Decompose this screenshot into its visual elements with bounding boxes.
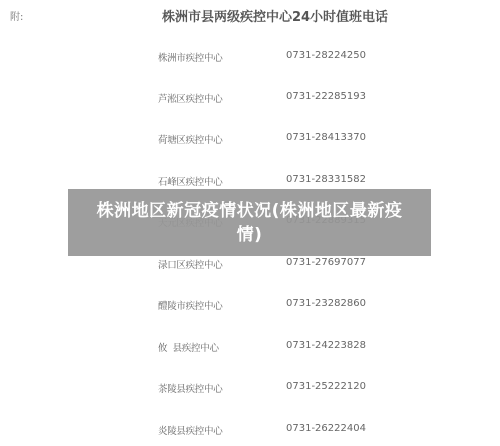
caption-text: 株洲地区新冠疫情状况(株洲地区最新疫情) — [85, 199, 415, 247]
center-phone: 0731-26222404 — [286, 423, 366, 434]
center-name: 荷塘区疾控中心 — [158, 132, 222, 146]
table-row: 芦淞区疾控中心 0731-22285193 — [0, 91, 500, 107]
caption-overlay: 株洲地区新冠疫情状况(株洲地区最新疫情) — [68, 189, 431, 256]
table-row: 攸 县疾控中心 0731-24223828 — [0, 340, 500, 356]
table-row: 炎陵县疾控中心 0731-26222404 — [0, 423, 500, 439]
table-row: 荷塘区疾控中心 0731-28413370 — [0, 132, 500, 148]
center-name: 炎陵县疾控中心 — [158, 423, 222, 437]
center-name: 株洲市疾控中心 — [158, 50, 222, 64]
table-row: 石峰区疾控中心 0731-28331582 — [0, 174, 500, 190]
document-title: 株洲市县两级疾控中心24小时值班电话 — [0, 6, 500, 25]
center-name: 攸 县疾控中心 — [158, 340, 219, 354]
center-name: 醴陵市疾控中心 — [158, 298, 222, 312]
center-name: 石峰区疾控中心 — [158, 174, 222, 188]
center-phone: 0731-24223828 — [286, 340, 366, 351]
table-row: 株洲市疾控中心 0731-28224250 — [0, 50, 500, 66]
center-name: 茶陵县疾控中心 — [158, 381, 222, 395]
center-name: 渌口区疾控中心 — [158, 257, 222, 271]
center-phone: 0731-27697077 — [286, 257, 366, 268]
table-row: 醴陵市疾控中心 0731-23282860 — [0, 298, 500, 314]
center-phone: 0731-23282860 — [286, 298, 366, 309]
center-phone: 0731-28331582 — [286, 174, 366, 185]
center-phone: 0731-28413370 — [286, 132, 366, 143]
table-row: 茶陵县疾控中心 0731-25222120 — [0, 381, 500, 397]
center-name: 芦淞区疾控中心 — [158, 91, 222, 105]
center-phone: 0731-25222120 — [286, 381, 366, 392]
center-phone: 0731-22285193 — [286, 91, 366, 102]
table-row: 渌口区疾控中心 0731-27697077 — [0, 257, 500, 273]
center-phone: 0731-28224250 — [286, 50, 366, 61]
